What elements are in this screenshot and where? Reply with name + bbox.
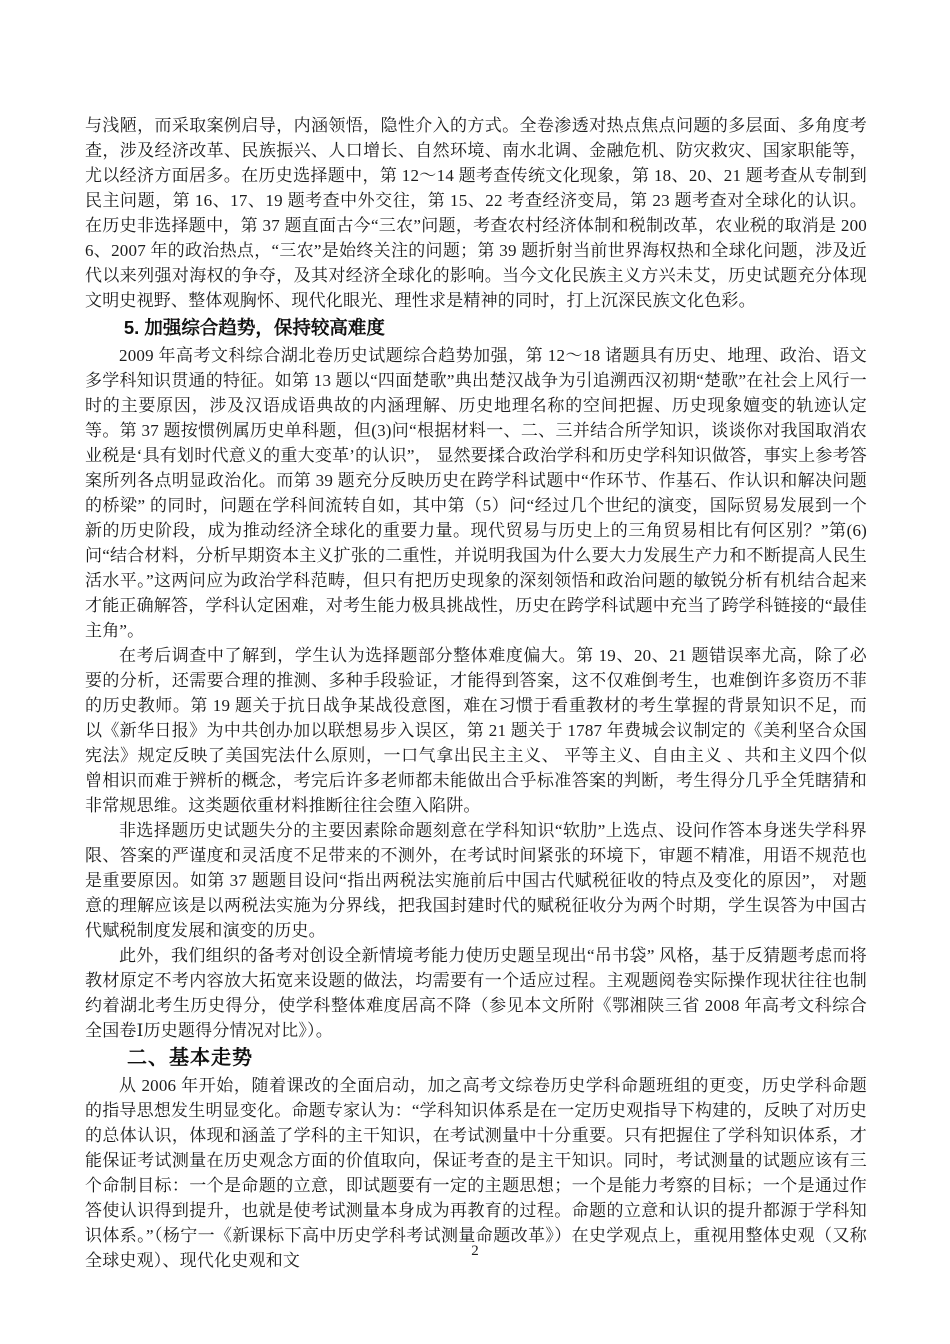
paragraph-2009-exam-trend: 2009 年高考文科综合湖北卷历史试题综合趋势加强，第 12～18 诸题具有历史… <box>85 343 867 643</box>
paragraph-continued-from-previous-page: 与浅陋，而采取案例启导，内涵领悟，隐性介入的方式。全卷渗透对热点焦点问题的多层面… <box>85 113 867 313</box>
paragraph-subjective-question-losses: 非选择题历史试题失分的主要因素除命题刻意在学科知识“软肋”上选点、设问作答本身迷… <box>85 818 867 943</box>
paragraph-exam-preparation: 此外，我们组织的备考对创设全新情境考能力使历史题呈现出“吊书袋” 风格，基于反猜… <box>85 943 867 1043</box>
document-page: 与浅陋，而采取案例启导，内涵领悟，隐性介入的方式。全卷渗透对热点焦点问题的多层面… <box>0 0 950 1344</box>
page-number: 2 <box>0 1243 950 1260</box>
page-content: 与浅陋，而采取案例启导，内涵领悟，隐性介入的方式。全卷渗透对热点焦点问题的多层面… <box>85 113 867 1273</box>
paragraph-post-exam-survey: 在考后调查中了解到，学生认为选择题部分整体难度偏大。第 19、20、21 题错误… <box>85 643 867 818</box>
section-heading-5-comprehensive-trend: 5. 加强综合趋势，保持较高难度 <box>85 315 867 341</box>
section-heading-basic-trends: 二、基本走势 <box>85 1045 867 1071</box>
